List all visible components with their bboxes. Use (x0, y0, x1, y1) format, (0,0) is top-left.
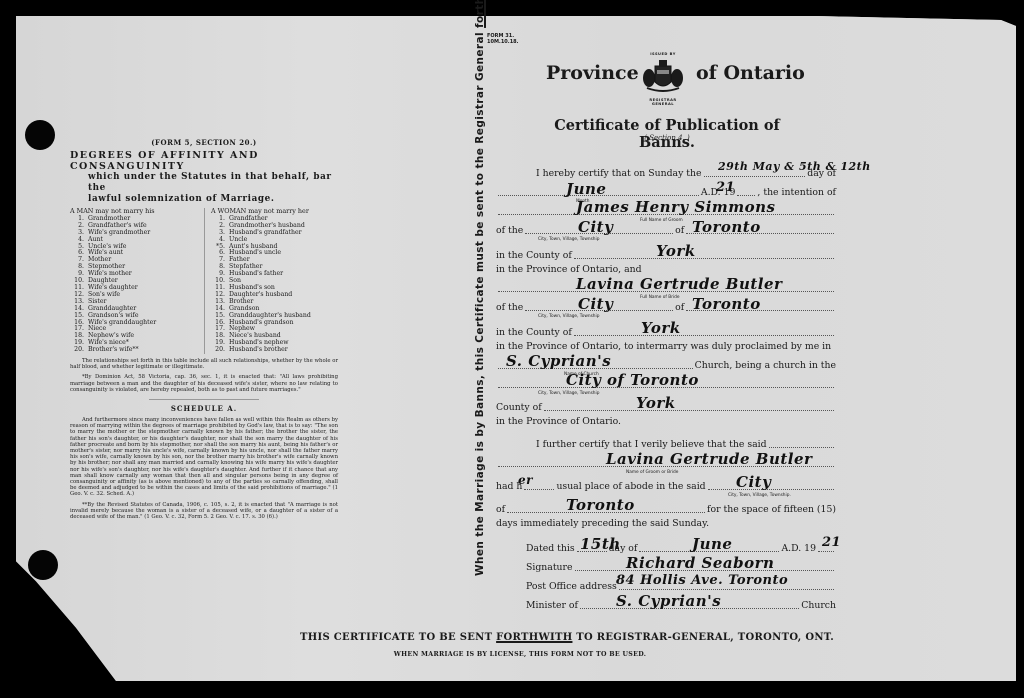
punch-hole-top (25, 120, 55, 150)
footer-instruction: THIS CERTIFICATE TO BE SENT FORTHWITH TO… (300, 632, 740, 643)
prohibited-relations-table: A MAN may not marry his 1.Grandmother2.G… (70, 208, 338, 354)
relation-item: 20.Husband's brother (211, 347, 338, 354)
schedule-a-title: SCHEDULE A. (70, 404, 338, 413)
form-number: FORM 31. 10M.10.18. (487, 33, 519, 45)
province-word: Province (546, 62, 639, 84)
groom-line: James Henry Simmons Full Name of Groom (496, 198, 836, 217)
banns-year: 21 (716, 180, 735, 195)
intention-label: , the intention of (757, 187, 836, 198)
man-list: 1.Grandmother2.Grandfather's wife3.Wife'… (70, 216, 204, 354)
believed-name: Lavina Gertrude Butler (606, 450, 812, 468)
abode-type: City (736, 473, 771, 491)
believed-line: Lavina Gertrude Butler Name of Groom or … (496, 450, 836, 469)
form-number-line2: 10M.10.18. (487, 39, 519, 45)
abode-place: Toronto (566, 496, 635, 514)
dated-year: 21 (822, 535, 841, 550)
vertical-instruction-text: When the Marriage is by Banns, this Cert… (474, 28, 486, 576)
of-ontario-word: of Ontario (696, 62, 805, 84)
sunday-label: I hereby certify that on Sunday the (536, 168, 702, 179)
vertical-instruction-emphasis: forthwith. (474, 0, 486, 28)
woman-header: A WOMAN may not marry her (211, 208, 338, 215)
certificate-section: ( Section 4. ) (526, 134, 808, 142)
minister-line: Minister of Church S. Cyprian's (496, 592, 836, 611)
relationships-note: The relationships set forth in this tabl… (70, 358, 338, 370)
groom-county: York (656, 242, 696, 260)
church-place: City of Toronto (566, 371, 699, 389)
dominion-act-note: *By Dominion Act, 58 Victoria, cap. 36, … (70, 374, 338, 393)
degrees-subtitle-2: lawful solemnization of Marriage. (70, 194, 338, 205)
man-column: A MAN may not marry his 1.Grandmother2.G… (70, 208, 204, 354)
banns-month: June (566, 180, 606, 198)
dated-line: Dated this day of A.D. 19 15th June 21 (496, 535, 836, 554)
sunday-line: I hereby certify that on Sunday the day … (496, 160, 836, 179)
relation-item: 20.Brother's wife** (70, 347, 204, 354)
church-place-line: City of Toronto City, Town, Village, Tow… (496, 371, 836, 390)
bride-county: York (641, 319, 681, 337)
post-office-line: Post Office address 84 Hollis Ave. Toron… (496, 573, 836, 592)
dated-month: June (692, 535, 732, 553)
woman-list: 1.Grandfather2.Grandmother's husband3.Hu… (211, 216, 338, 354)
groom-name: James Henry Simmons (576, 198, 776, 216)
bride-county-line: in the County of York (496, 319, 836, 338)
punch-hole-bottom (28, 550, 58, 580)
issued-by-label: ISSUED BY (638, 52, 688, 56)
signature-line: Signature Richard Seaborn (496, 554, 836, 573)
bride-place-line: of the of City Toronto City, Town, Villa… (496, 294, 836, 313)
church-name: S. Cyprian's (506, 352, 611, 370)
bride-name: Lavina Gertrude Butler (576, 275, 782, 293)
vertical-instruction: When the Marriage is by Banns, this Cert… (474, 86, 486, 576)
degrees-subtitle-1: which under the Statutes in that behalf,… (70, 172, 338, 194)
forthwith-emphasis: FORTHWITH (496, 632, 572, 643)
minister-signature: Richard Seaborn (626, 554, 774, 572)
dated-day: 15th (580, 535, 621, 553)
revised-statutes-note: **By the Revised Statutes of Canada, 190… (70, 502, 338, 521)
form-reference: (FORM 5, SECTION 20.) (70, 138, 338, 147)
license-warning: WHEN MARRIAGE IS BY LICENSE, THIS FORM N… (300, 651, 740, 658)
church-line: Church, being a church in the S. Cyprian… (496, 352, 836, 371)
church-county: York (636, 394, 676, 412)
post-office-address: 84 Hollis Ave. Toronto (616, 573, 788, 588)
bride-place: Toronto (692, 295, 761, 313)
minister-church: S. Cyprian's (616, 592, 721, 610)
schedule-a-text: And furthermore since many inconvenience… (70, 417, 338, 498)
province-header: ISSUED BY Province of Ontario REGISTRAR … (546, 52, 806, 100)
her-his: er (518, 473, 533, 487)
consanguinity-panel: (FORM 5, SECTION 20.) DEGREES OF AFFINIT… (70, 138, 338, 520)
month-line: A.D. 19 , the intention of June 21 Month (496, 179, 836, 198)
groom-place-line: of the of City Toronto City, Town, Villa… (496, 217, 836, 236)
degrees-title: DEGREES OF AFFINITY AND CONSANGUINITY (70, 150, 338, 172)
bride-line: Lavina Gertrude Butler Full Name of Brid… (496, 275, 836, 294)
man-header: A MAN may not marry his (70, 208, 204, 215)
groom-place-type: City (578, 218, 613, 236)
church-county-line: County of York (496, 394, 836, 413)
abode-place-line: of for the space of fifteen (15) Toronto (496, 496, 836, 515)
registrar-general-label: REGISTRAR GENERAL (638, 98, 688, 106)
sunday-dates: 29th May & 5th & 12th (718, 160, 871, 173)
abode-line: had h usual place of abode in the said e… (496, 473, 836, 492)
groom-county-line: in the County of York (496, 242, 836, 261)
woman-column: A WOMAN may not marry her 1.Grandfather2… (204, 208, 338, 354)
certificate-form: I hereby certify that on Sunday the day … (496, 160, 836, 611)
groom-place: Toronto (692, 218, 761, 236)
bride-place-type: City (578, 295, 613, 313)
divider (149, 399, 259, 400)
ontario-crest-icon (641, 58, 685, 94)
